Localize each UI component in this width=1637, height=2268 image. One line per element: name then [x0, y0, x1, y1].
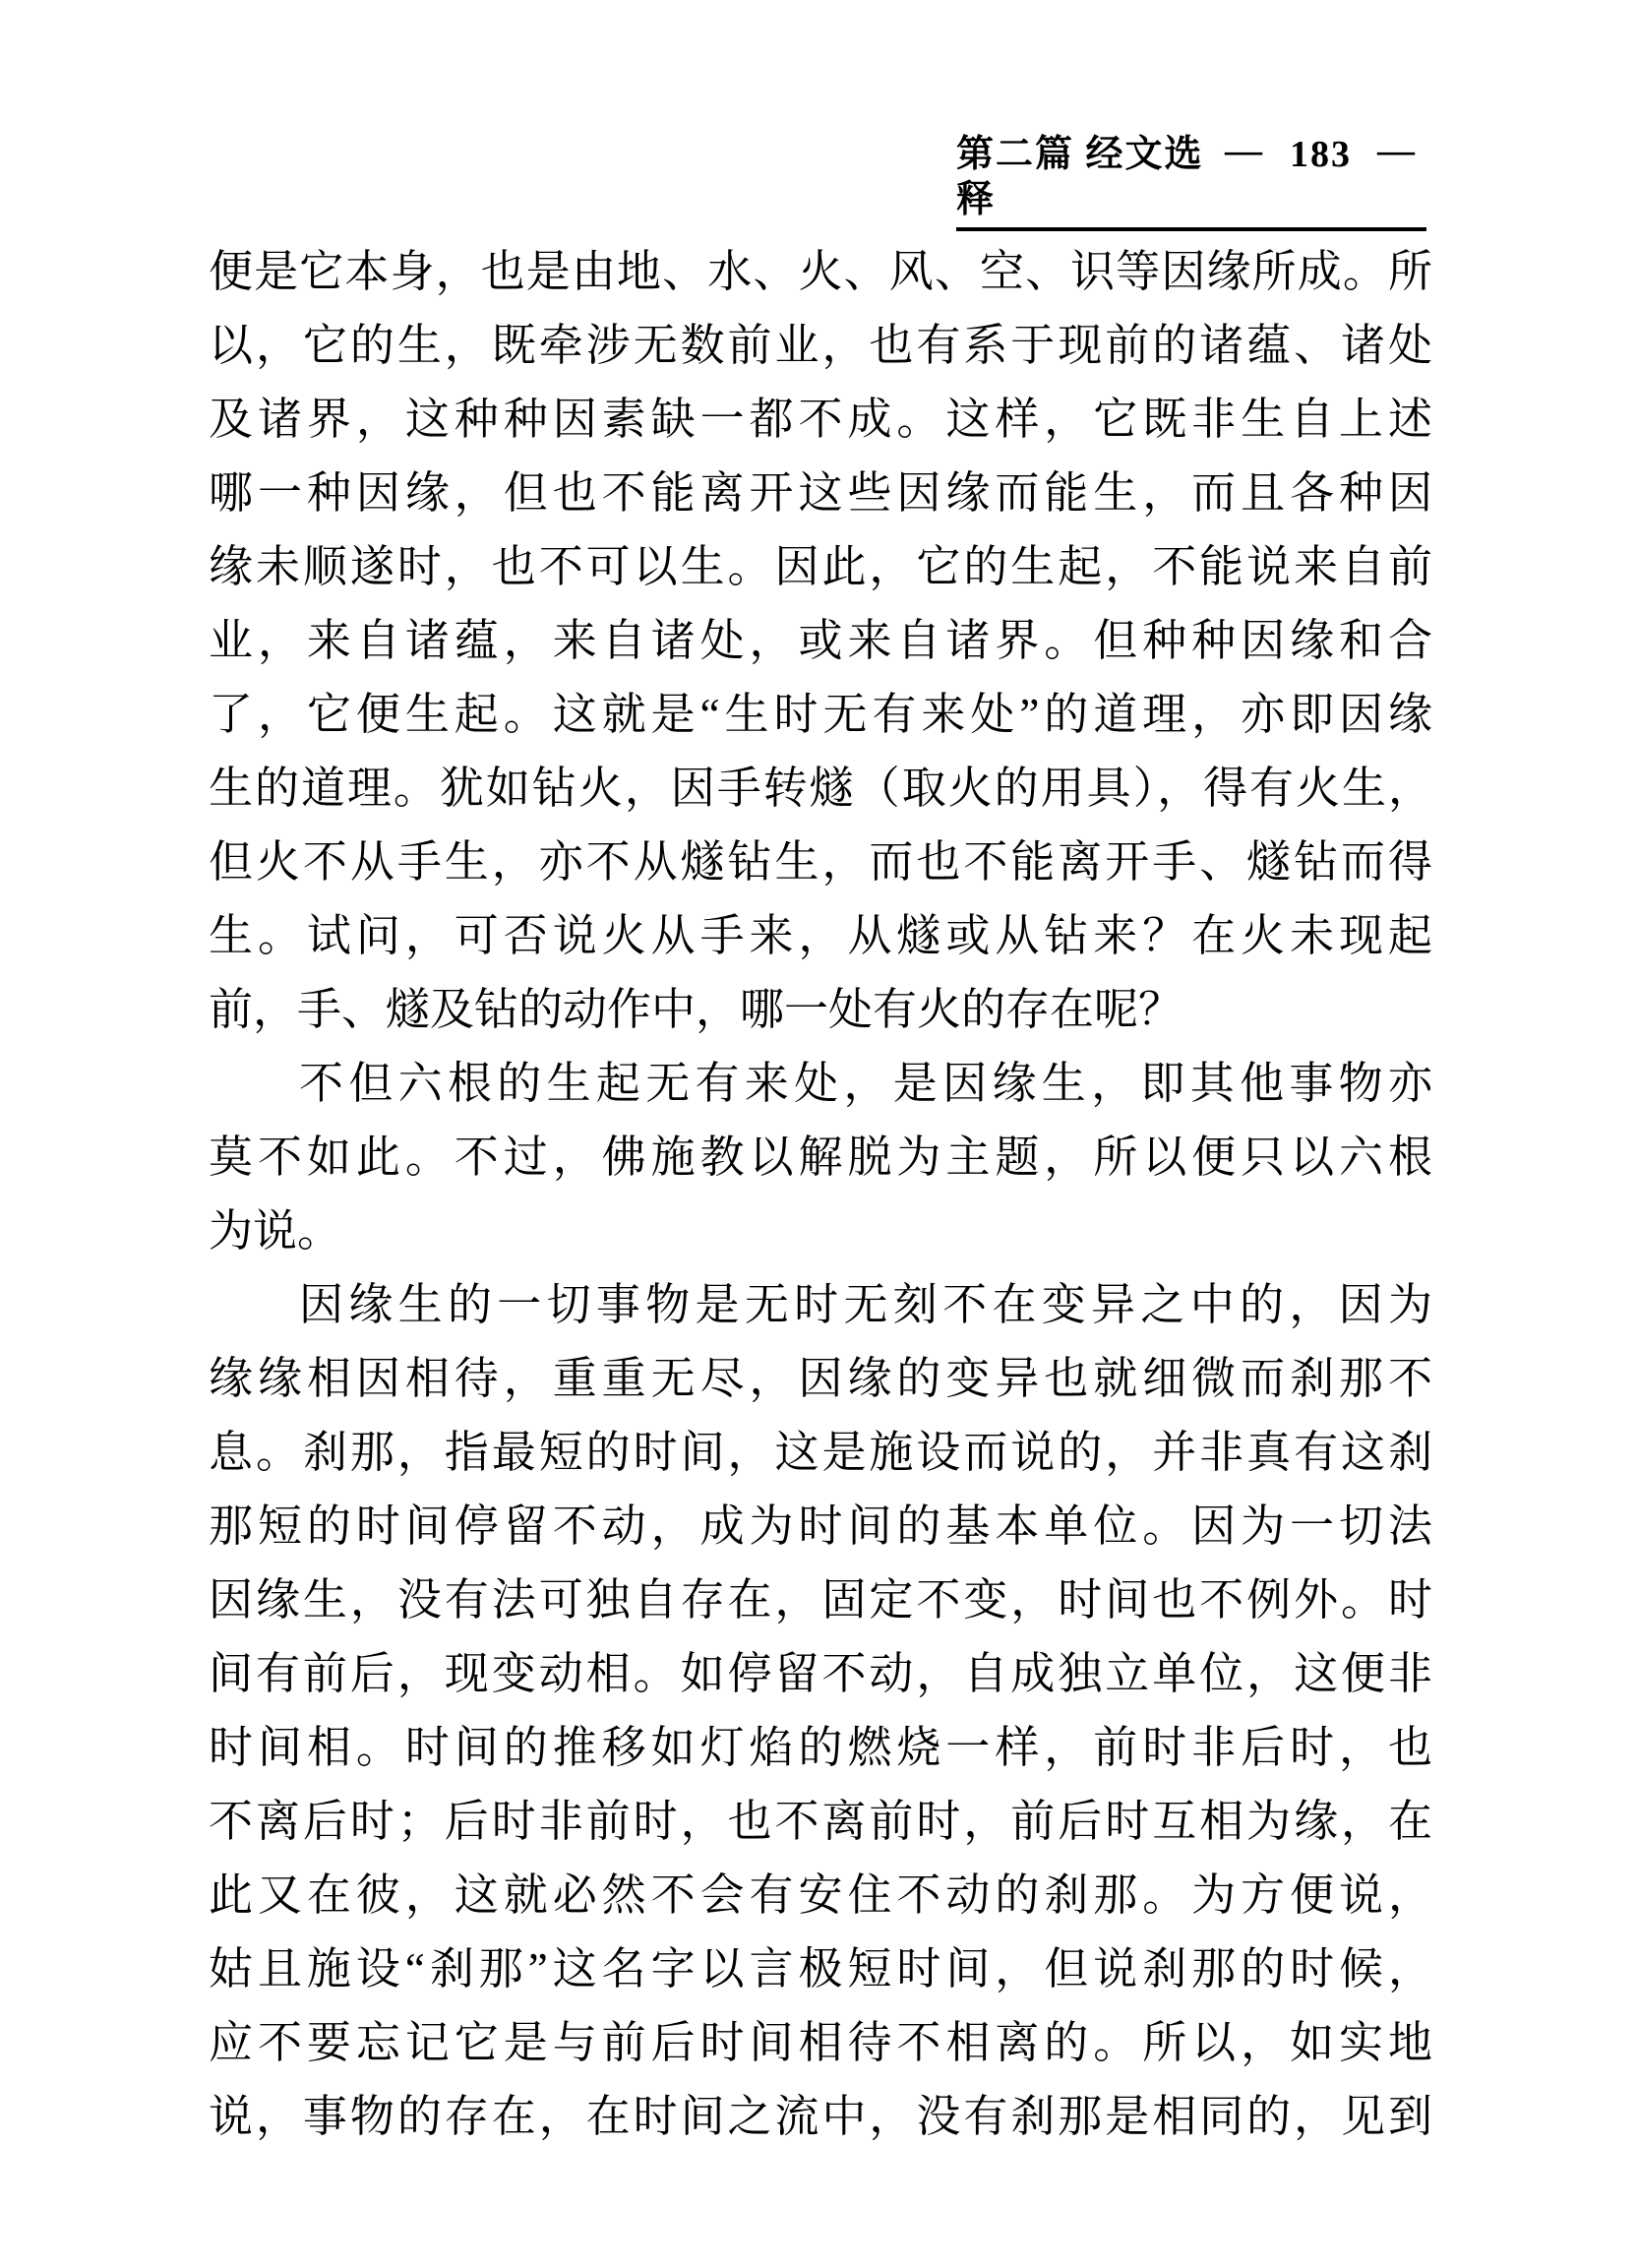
page-header: 第二篇 经文选释 — 183 —	[956, 132, 1426, 231]
text-line: 因缘生的一切事物是无时无刻不在变异之中的，因为	[209, 1268, 1432, 1342]
text-line: 不但六根的生起无有来处，是因缘生，即其他事物亦	[209, 1047, 1432, 1121]
text-line: 说，事物的存在，在时间之流中，没有刹那是相同的，见到	[209, 2080, 1432, 2154]
text-line: 应不要忘记它是与前后时间相待不相离的。所以，如实地	[209, 2006, 1432, 2080]
body-text: 便是它本身，也是由地、水、火、风、空、识等因缘所成。所以，它的生，既牵涉无数前业…	[209, 235, 1432, 2154]
page-number: 183	[1290, 132, 1352, 177]
text-line: 时间相。时间的推移如灯焰的燃烧一样，前时非后时，也	[209, 1711, 1432, 1785]
text-line: 姑且施设“刹那”这名字以言极短时间，但说刹那的时候，	[209, 1932, 1432, 2006]
page-number-dash-left: —	[1225, 128, 1264, 173]
text-line: 了，它便生起。这就是“生时无有来处”的道理，亦即因缘	[209, 678, 1432, 752]
text-line: 但火不从手生，亦不从燧钻生，而也不能离开手、燧钻而得	[209, 826, 1432, 899]
text-line: 为说。	[209, 1195, 1432, 1268]
text-line: 以，它的生，既牵涉无数前业，也有系于现前的诸蕴、诸处	[209, 309, 1432, 383]
text-line: 生的道理。犹如钻火，因手转燧（取火的用具），得有火生，	[209, 752, 1432, 826]
book-page: 第二篇 经文选释 — 183 — 便是它本身，也是由地、水、火、风、空、识等因缘…	[0, 0, 1637, 2268]
text-line: 业，来自诸蕴，来自诸处，或来自诸界。但种种因缘和合	[209, 604, 1432, 678]
text-line: 哪一种因缘，但也不能离开这些因缘而能生，而且各种因	[209, 457, 1432, 530]
text-line: 及诸界，这种种因素缺一都不成。这样，它既非生自上述	[209, 383, 1432, 457]
text-line: 那短的时间停留不动，成为时间的基本单位。因为一切法	[209, 1490, 1432, 1563]
text-line: 便是它本身，也是由地、水、火、风、空、识等因缘所成。所	[209, 235, 1432, 309]
text-line: 因缘生，没有法可独自存在，固定不变，时间也不例外。时	[209, 1563, 1432, 1637]
text-line: 息。刹那，指最短的时间，这是施设而说的，并非真有这刹	[209, 1416, 1432, 1490]
text-line: 生。试问，可否说火从手来，从燧或从钻来？在火未现起	[209, 899, 1432, 973]
text-line: 缘缘相因相待，重重无尽，因缘的变异也就细微而刹那不	[209, 1342, 1432, 1416]
text-line: 间有前后，现变动相。如停留不动，自成独立单位，这便非	[209, 1637, 1432, 1711]
page-number-dash-right: —	[1377, 128, 1417, 173]
text-line: 此又在彼，这就必然不会有安住不动的刹那。为方便说，	[209, 1859, 1432, 1932]
page-number-group: — 183 —	[1225, 132, 1426, 177]
section-title: 第二篇 经文选释	[956, 132, 1225, 222]
text-line: 莫不如此。不过，佛施教以解脱为主题，所以便只以六根	[209, 1121, 1432, 1195]
text-line: 缘未顺遂时，也不可以生。因此，它的生起，不能说来自前	[209, 530, 1432, 604]
text-line: 不离后时；后时非前时，也不离前时，前后时互相为缘，在	[209, 1785, 1432, 1859]
text-line: 前，手、燧及钻的动作中，哪一处有火的存在呢？	[209, 973, 1432, 1047]
